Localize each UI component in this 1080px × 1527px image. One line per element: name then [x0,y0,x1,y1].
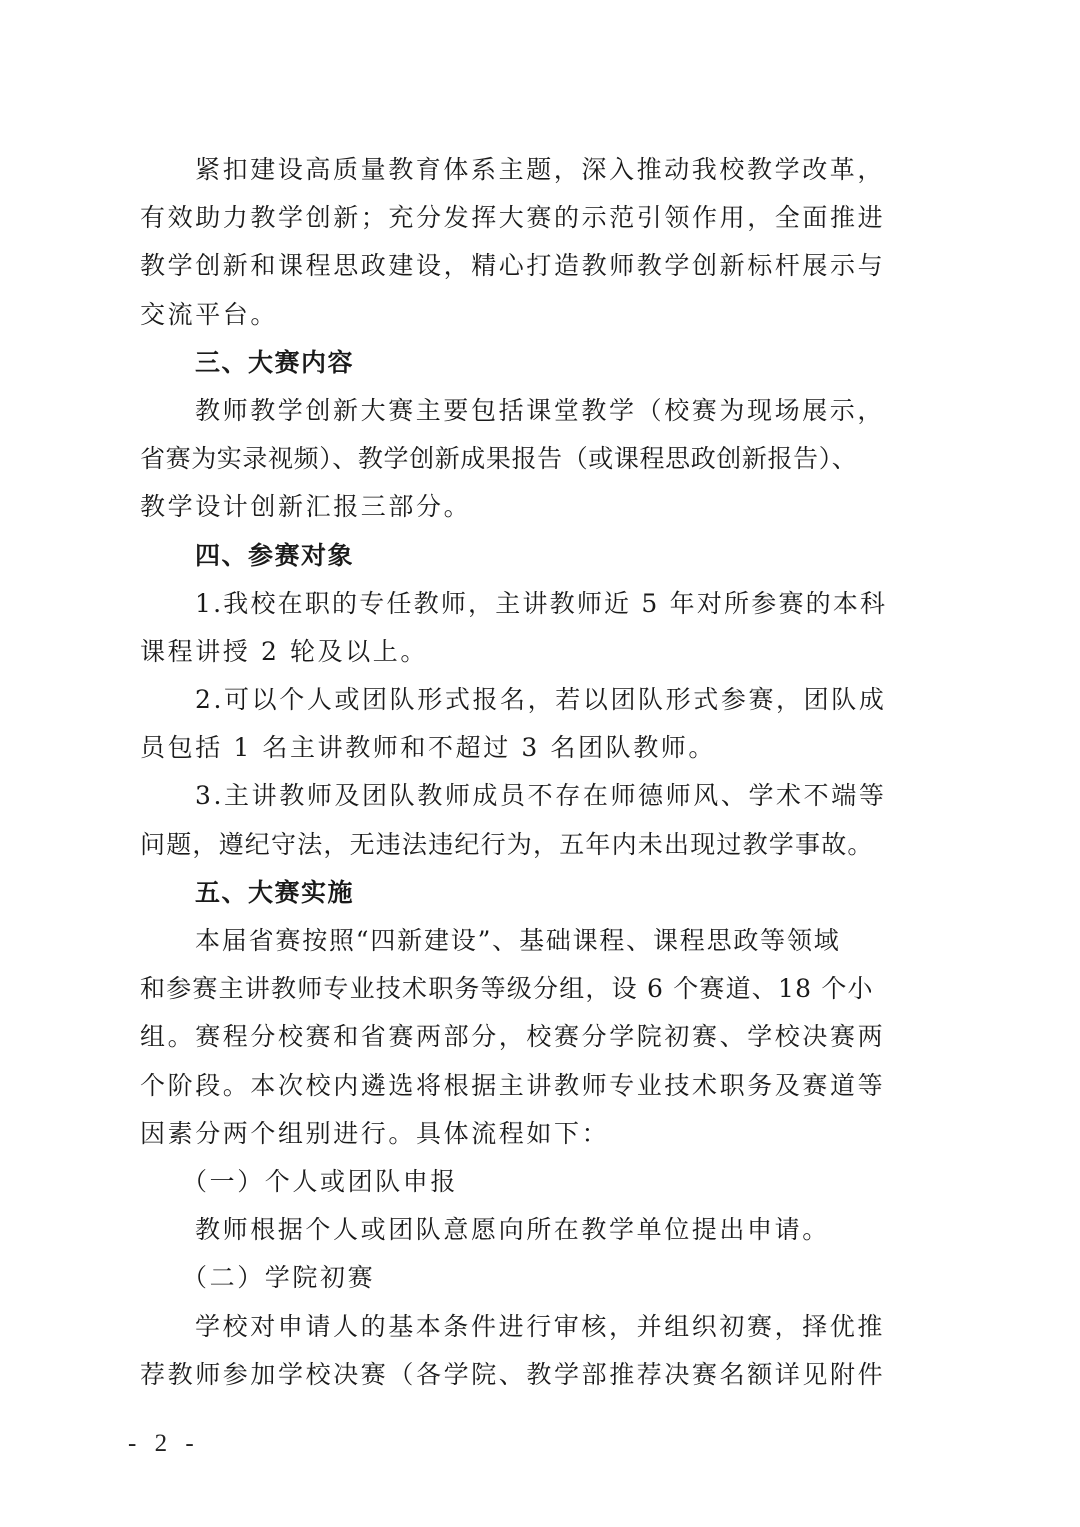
list-item-line: 2.可以个人或团队形式报名，若以团队形式参赛，团队成 [140,676,918,724]
section-heading-content: 三、大赛内容 [140,339,918,387]
paragraph-line: 学校对申请人的基本条件进行审核，并组织初赛，择优推 [140,1303,918,1351]
paragraph-line: 本届省赛按照“四新建设”、基础课程、课程思政等领域 [140,917,918,965]
paragraph-line: 和参赛主讲教师专业技术职务等级分组，设 6 个赛道、18 个小 [140,965,918,1013]
list-item-line: 课程讲授 2 轮及以上。 [140,628,918,676]
paragraph-line: 组。赛程分校赛和省赛两部分，校赛分学院初赛、学校决赛两 [140,1013,918,1061]
list-item-line: 3.主讲教师及团队教师成员不存在师德师风、学术不端等 [140,772,918,820]
paragraph-line: 教学设计创新汇报三部分。 [140,483,918,531]
paragraph-line: 荐教师参加学校决赛（各学院、教学部推荐决赛名额详见附件 [140,1351,918,1399]
paragraph-line: 教师教学创新大赛主要包括课堂教学（校赛为现场展示， [140,387,918,435]
page-number: - 2 - [128,1430,200,1458]
paragraph-line: 有效助力教学创新；充分发挥大赛的示范引领作用，全面推进 [140,194,918,242]
list-item-line: 员包括 1 名主讲教师和不超过 3 名团队教师。 [140,724,918,772]
section-heading-participants: 四、参赛对象 [140,532,918,580]
paragraph-line: 交流平台。 [140,291,918,339]
list-item-line: 1.我校在职的专任教师，主讲教师近 5 年对所参赛的本科 [140,580,918,628]
subsection-heading-application: （一）个人或团队申报 [140,1158,918,1206]
section-heading-implementation: 五、大赛实施 [140,869,918,917]
paragraph-line: 因素分两个组别进行。具体流程如下： [140,1110,918,1158]
paragraph-line: 省赛为实录视频）、教学创新成果报告（或课程思政创新报告）、 [140,435,918,483]
paragraph-line: 个阶段。本次校内遴选将根据主讲教师专业技术职务及赛道等 [140,1062,918,1110]
list-item-line: 问题，遵纪守法，无违法违纪行为，五年内未出现过教学事故。 [140,821,918,869]
subsection-heading-preliminary: （二）学院初赛 [140,1254,918,1302]
document-page: 紧扣建设高质量教育体系主题，深入推动我校教学改革， 有效助力教学创新；充分发挥大… [140,146,918,1399]
paragraph-line: 紧扣建设高质量教育体系主题，深入推动我校教学改革， [140,146,918,194]
paragraph-line: 教师根据个人或团队意愿向所在教学单位提出申请。 [140,1206,918,1254]
paragraph-line: 教学创新和课程思政建设，精心打造教师教学创新标杆展示与 [140,242,918,290]
